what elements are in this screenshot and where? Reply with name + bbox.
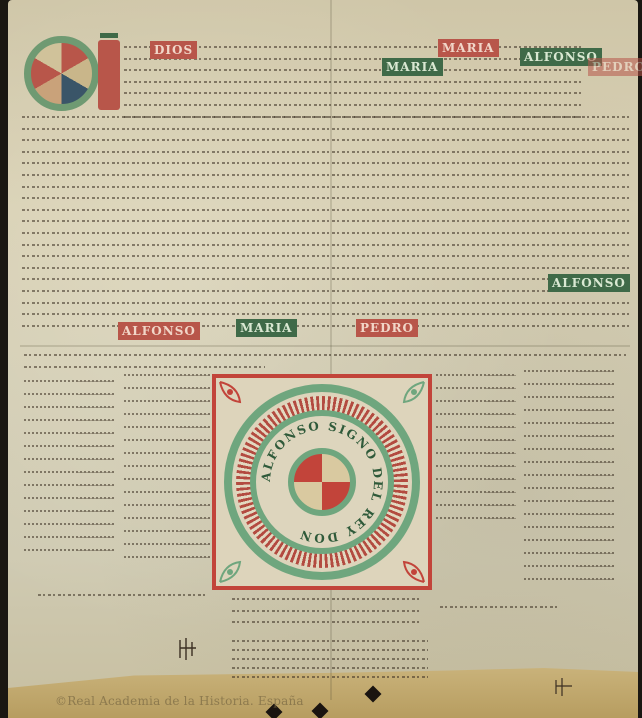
rubric-pedro: PEDRO [356,319,418,337]
copyright-watermark: ©Real Academia de la Historia. España [55,694,304,708]
notary-lines [232,598,422,633]
fold-crease [20,345,630,347]
rubric-dios: DIOS [150,41,197,59]
scribe-line-right [440,606,560,618]
rubric-maria-green-bottom: MARIA [236,319,297,337]
confirmers-column-4 [524,370,614,591]
notary-sign-icon [176,636,202,662]
colophon-text [232,640,428,685]
initial-letter-e [98,40,120,110]
illuminated-initial-icon [24,36,99,111]
rubric-alfonso-red: ALFONSO [118,322,200,340]
castile-leon-arms-icon [288,448,356,516]
text-body-main [22,116,632,336]
scribe-line-left [38,594,208,606]
confirmers-column-1 [24,380,114,562]
notary-sign-icon [552,676,576,698]
confirmers-column-2 [124,374,210,569]
initial-bar [100,33,118,38]
rubric-alfonso-green-right: ALFONSO [548,274,630,292]
rubric-maria-red: MARIA [438,39,499,57]
royal-seal-rueda: ALFONSO SIGNO DEL REY DON [212,374,432,590]
confirmers-column-3 [436,374,516,530]
rubric-pedro-faded: PEDRO [588,58,642,76]
rubric-maria-green: MARIA [382,58,443,76]
